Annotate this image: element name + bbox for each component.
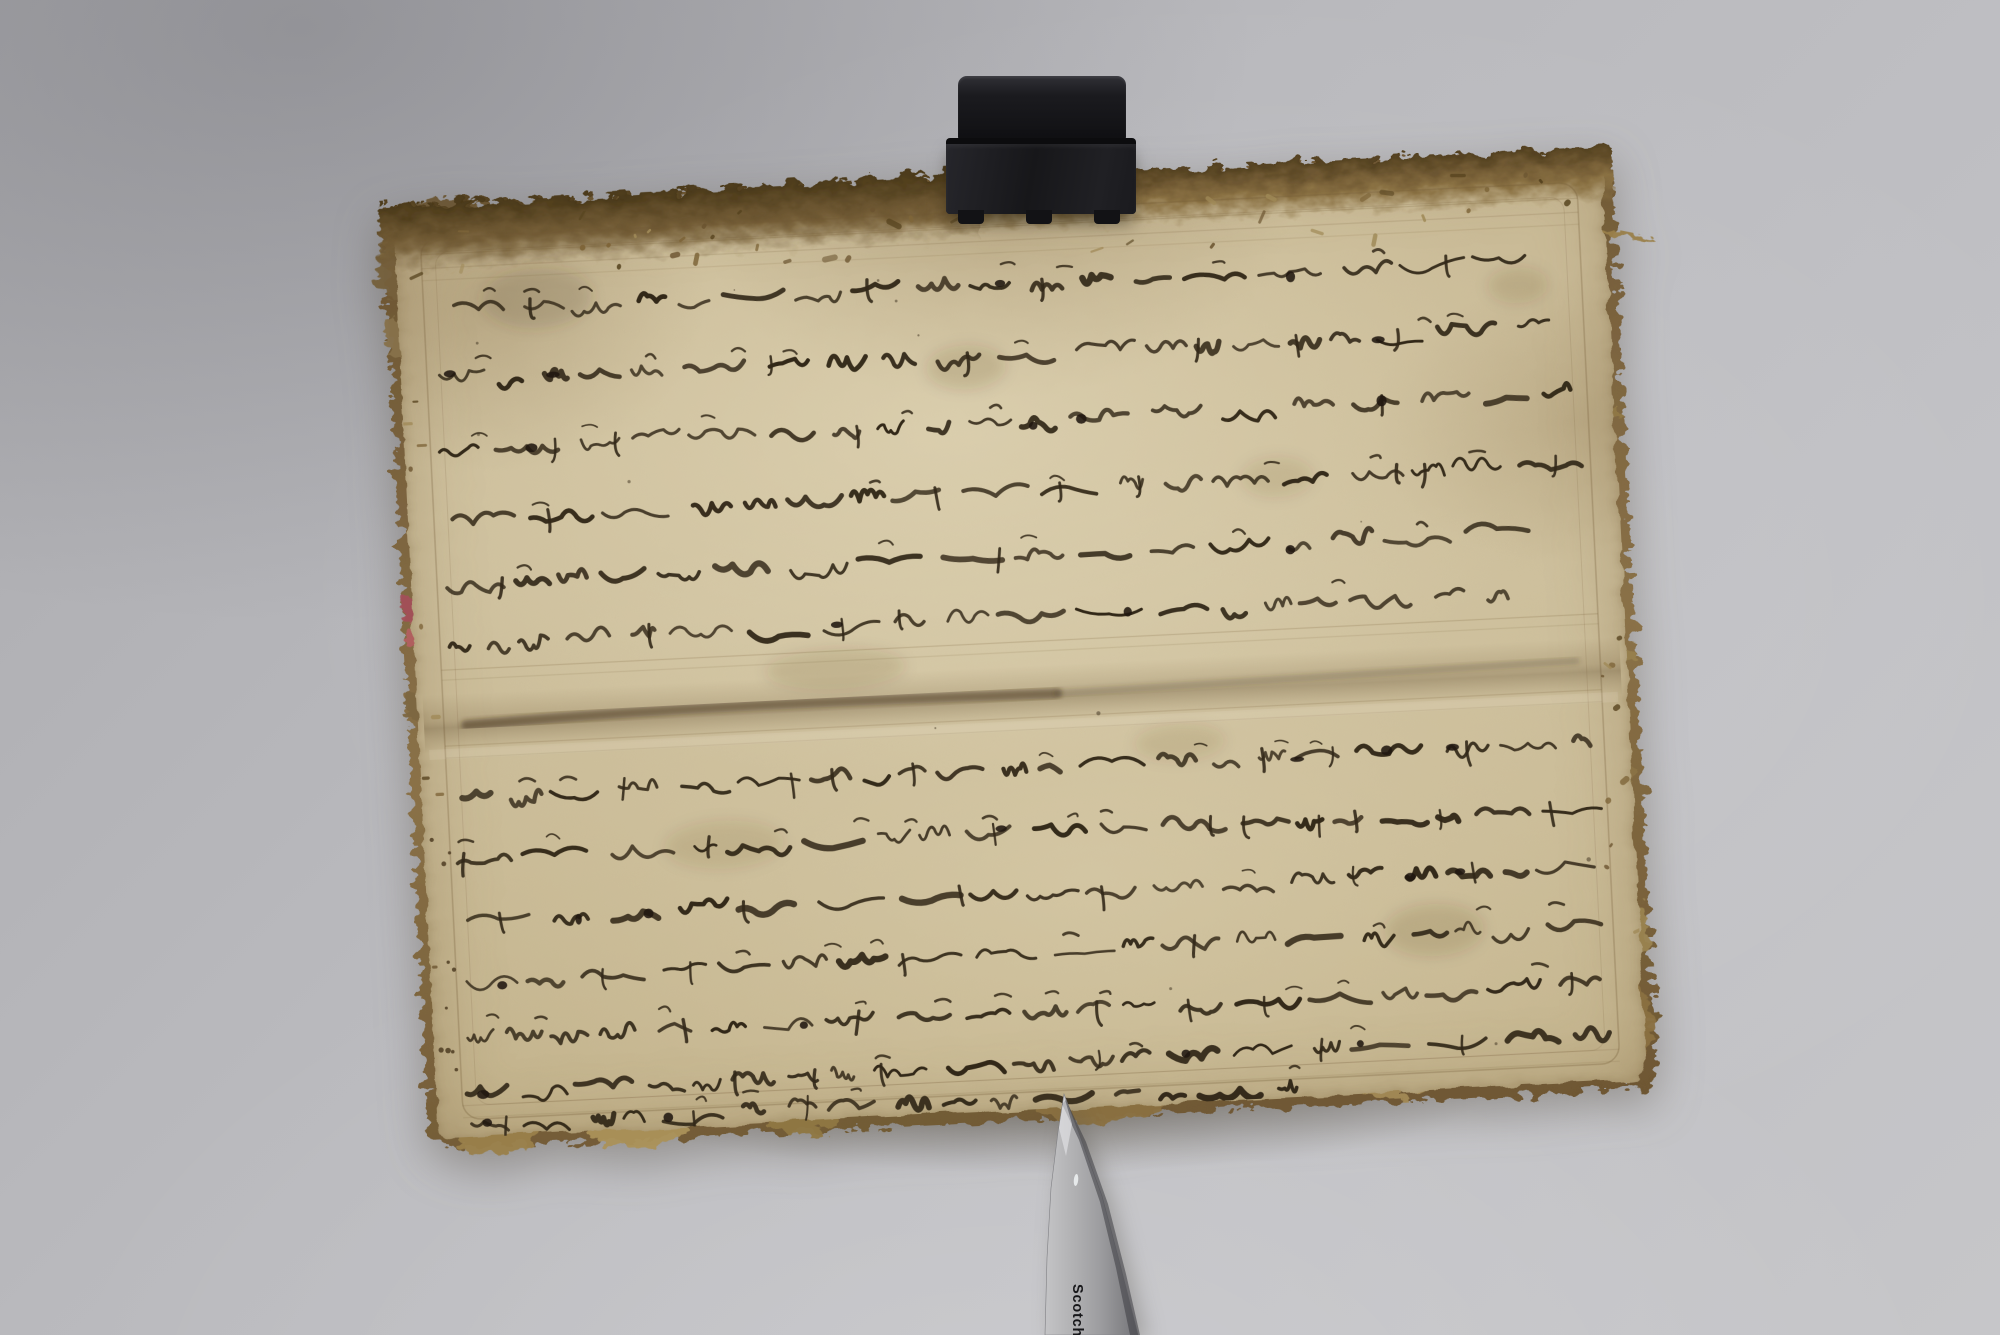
clamp-body: [946, 138, 1136, 214]
manuscript: [393, 161, 1646, 1139]
clamp-foot: [1094, 210, 1120, 224]
clamp-top-block: [958, 76, 1126, 140]
metal-blade: Scotch: [1016, 1078, 1166, 1335]
photo-background: Scotch: [0, 0, 2000, 1335]
paper-sheet: [393, 161, 1646, 1139]
binder-clamp: [946, 76, 1136, 226]
blade-label: Scotch: [1069, 1284, 1085, 1335]
clamp-foot: [958, 210, 984, 224]
clamp-foot: [1026, 210, 1052, 224]
